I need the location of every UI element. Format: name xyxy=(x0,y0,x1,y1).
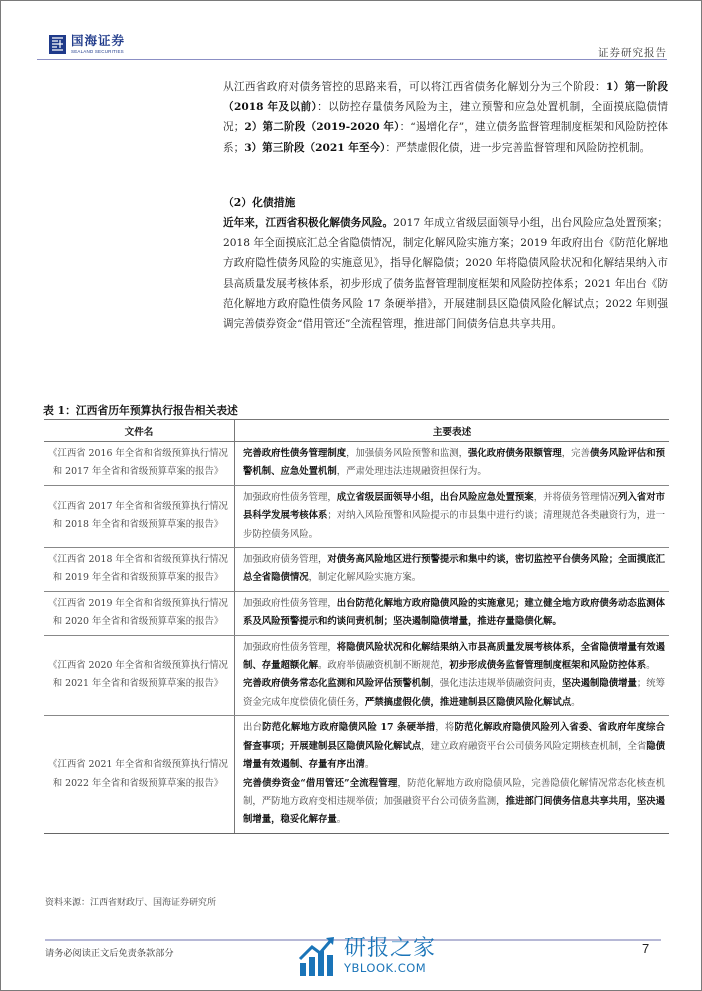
column-header-filename: 文件名 xyxy=(44,420,235,442)
stage-3-label: 3）第三阶段（2021 年至今） xyxy=(244,142,385,154)
watermark: 研报之家 YBLOOK.COM xyxy=(298,935,436,977)
logo-chinese-name: 国海证券 xyxy=(71,35,125,48)
file-name-cell: 《江西省 2019 年全省和省级预算执行情况和 2020 年全省和省级预算草案的… xyxy=(44,591,235,635)
page-number: 7 xyxy=(642,941,649,956)
chart-growth-icon xyxy=(298,935,338,977)
section-heading: （2）化债措施 xyxy=(223,195,295,210)
disclaimer-note: 请务必阅读正文后免责条款部分 xyxy=(45,945,174,959)
page-header: 国海证券 SEALAND SECURITIES 证券研究报告 xyxy=(37,33,667,61)
table-row: 《江西省 2021 年全省和省级预算执行情况和 2022 年全省和省级预算草案的… xyxy=(44,716,669,833)
table-header-row: 文件名 主要表述 xyxy=(44,420,669,442)
paragraph-lead: 近年来，江西省积极化解债务风险。 xyxy=(223,217,393,229)
column-header-description: 主要表述 xyxy=(235,420,670,442)
file-name-cell: 《江西省 2021 年全省和省级预算执行情况和 2022 年全省和省级预算草案的… xyxy=(44,716,235,833)
file-name-cell: 《江西省 2017 年全省和省级预算执行情况和 2018 年全省和省级预算草案的… xyxy=(44,485,235,547)
company-logo: 国海证券 SEALAND SECURITIES xyxy=(49,35,125,54)
budget-report-table: 文件名 主要表述 《江西省 2016 年全省和省级预算执行情况和 2017 年全… xyxy=(44,419,669,834)
logo-english-name: SEALAND SECURITIES xyxy=(71,50,125,55)
table-title: 表 1：江西省历年预算执行报告相关表述 xyxy=(43,403,238,418)
table-source-note: 资料来源：江西省财政厅、国海证券研究所 xyxy=(45,895,216,908)
watermark-domain: YBLOOK.COM xyxy=(344,963,436,975)
intro-paragraph: 从江西省政府对债务管控的思路来看，可以将江西省债务化解划分为三个阶段：1）第一阶… xyxy=(223,77,668,158)
table-row: 《江西省 2020 年全省和省级预算执行情况和 2021 年全省和省级预算草案的… xyxy=(44,635,669,716)
report-type-label: 证券研究报告 xyxy=(598,45,667,60)
description-cell: 完善政府性债务管理制度，加强债务风险预警和监测，强化政府债务限额管理，完善债务风… xyxy=(235,442,670,486)
description-cell: 出台防范化解地方政府隐债风险 17 条硬举措，将防范化解政府隐债风险列入省委、省… xyxy=(235,716,670,833)
section-paragraph: 近年来，江西省积极化解债务风险。2017 年成立省级层面领导小组，出台风险应急处… xyxy=(223,213,668,334)
table-row: 《江西省 2017 年全省和省级预算执行情况和 2018 年全省和省级预算草案的… xyxy=(44,485,669,547)
paragraph-body: 2017 年成立省级层面领导小组，出台风险应急处置预案；2018 年全面摸底汇总… xyxy=(223,217,668,330)
table-row: 《江西省 2018 年全省和省级预算执行情况和 2019 年全省和省级预算草案的… xyxy=(44,548,669,592)
description-cell: 加强政府性债务管理，将隐债风险状况和化解结果纳入市县高质量发展考核体系，全省隐债… xyxy=(235,635,670,716)
table-row: 《江西省 2016 年全省和省级预算执行情况和 2017 年全省和省级预算草案的… xyxy=(44,442,669,486)
text-segment: ：严禁虚假化债，进一步完善监督管理和风险防控机制。 xyxy=(385,142,650,154)
stage-2-label: 2）第二阶段（2019-2020 年） xyxy=(244,121,399,133)
sealand-logo-icon xyxy=(49,35,66,54)
description-cell: 加强政府债务管理，对债务高风险地区进行预警提示和集中约谈，密切监控平台债务风险；… xyxy=(235,548,670,592)
description-cell: 加强政府性债务管理，成立省级层面领导小组，出台风险应急处置预案，并将债务管理情况… xyxy=(235,485,670,547)
file-name-cell: 《江西省 2020 年全省和省级预算执行情况和 2021 年全省和省级预算草案的… xyxy=(44,635,235,716)
file-name-cell: 《江西省 2016 年全省和省级预算执行情况和 2017 年全省和省级预算草案的… xyxy=(44,442,235,486)
watermark-chinese: 研报之家 xyxy=(344,938,436,960)
text-segment: 从江西省政府对债务管控的思路来看，可以将江西省债务化解划分为三个阶段： xyxy=(223,81,606,93)
description-cell: 加强政府性债务管理，出台防范化解地方政府隐债风险的实施意见；建立健全地方政府债务… xyxy=(235,591,670,635)
table-row: 《江西省 2019 年全省和省级预算执行情况和 2020 年全省和省级预算草案的… xyxy=(44,591,669,635)
header-divider xyxy=(37,59,667,60)
file-name-cell: 《江西省 2018 年全省和省级预算执行情况和 2019 年全省和省级预算草案的… xyxy=(44,548,235,592)
